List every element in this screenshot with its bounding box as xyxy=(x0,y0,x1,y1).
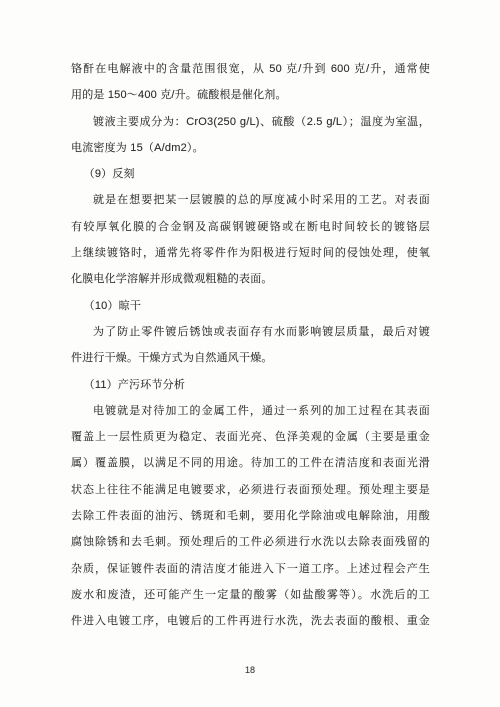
text-line: 杂质，保证镀件表面的清洁度才能进入下一道工序。上述过程会产生 xyxy=(71,556,430,582)
page-footer: 18 xyxy=(0,660,500,678)
document-page: 铬酐在电解液中的含量范围很宽，从 50 克/升到 600 克/升，通常使 用的是… xyxy=(0,0,500,707)
text-line: 腐蚀除锈和去毛刺。预处理后的工件必须进行水洗以去除表面残留的 xyxy=(71,529,430,555)
section-heading: （11）产污环节分析 xyxy=(71,372,430,398)
page-body: 铬酐在电解液中的含量范围很宽，从 50 克/升到 600 克/升，通常使 用的是… xyxy=(71,56,430,635)
text-line: 电镀就是对待加工的金属工件，通过一系列的加工过程在其表面 xyxy=(71,398,430,424)
text-line: 件进行干燥。干燥方式为自然通风干燥。 xyxy=(71,345,430,371)
text-line: 就是在想要把某一层镀膜的总的厚度减小时采用的工艺。对表面 xyxy=(71,187,430,213)
text-line: 电流密度为 15（A/dm2）。 xyxy=(71,135,430,161)
text-line: 镀液主要成分为：CrO3(250 g/L)、硫酸（2.5 g/L）；温度为室温， xyxy=(71,109,430,135)
text-line: 用的是 150～400 克/升。硫酸根是催化剂。 xyxy=(71,82,430,108)
text-line: 废水和废渣，还可能产生一定量的酸雾（如盐酸雾等）。水洗后的工 xyxy=(71,582,430,608)
text-line: 状态上往往不能满足电镀要求，必须进行表面预处理。预处理主要是 xyxy=(71,477,430,503)
text-line: 去除工件表面的油污、锈斑和毛刺，要用化学除油或电解除油，用酸 xyxy=(71,503,430,529)
section-heading: （9）反刻 xyxy=(71,161,430,187)
text-line: 化膜电化学溶解并形成微观粗糙的表面。 xyxy=(71,266,430,292)
text-line: 覆盖上一层性质更为稳定、表面光亮、色泽美观的金属（主要是重金 xyxy=(71,424,430,450)
text-line: 上继续镀铬时，通常先将零件作为阳极进行短时间的侵蚀处理，使氧 xyxy=(71,240,430,266)
text-line: 属）覆盖膜，以满足不同的用途。待加工的工件在清洁度和表面光滑 xyxy=(71,450,430,476)
text-line: 有较厚氧化膜的合金钢及高碳钢镀硬铬或在断电时间较长的镀铬层 xyxy=(71,214,430,240)
text-line: 铬酐在电解液中的含量范围很宽，从 50 克/升到 600 克/升，通常使 xyxy=(71,56,430,82)
text-line: 件进入电镀工序，电镀后的工件再进行水洗，洗去表面的酸根、重金 xyxy=(71,608,430,634)
page-number: 18 xyxy=(245,665,255,675)
section-heading: （10）晾干 xyxy=(71,293,430,319)
text-line: 为了防止零件镀后锈蚀或表面存有水而影响镀层质量，最后对镀 xyxy=(71,319,430,345)
